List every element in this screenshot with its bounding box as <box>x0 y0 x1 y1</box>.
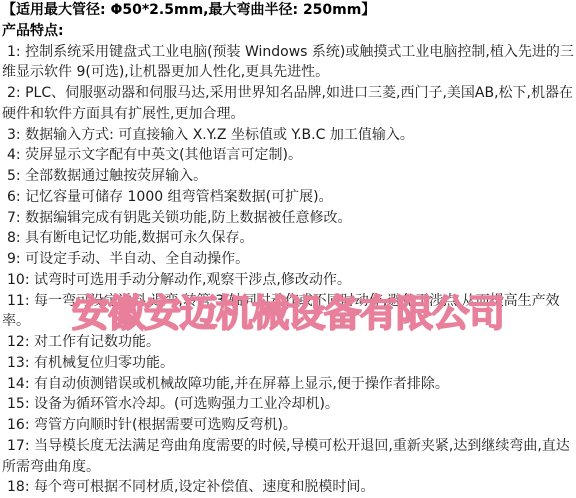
feature-item-10: 10: 试弯时可选用手动分解动作,观察干涉点,修改动作。 <box>2 270 576 291</box>
feature-item-18: 18: 每个弯可根据不同材质,设定补偿值、速度和脱模时间。 <box>2 477 576 498</box>
feature-item-9: 9: 可设定手动、半自动、全自动操作。 <box>2 249 576 270</box>
feature-item-14: 14: 有自动侦测错误或机械故障功能,并在屏幕上显示,便于操作者排除。 <box>2 374 576 395</box>
section-title: 产品特点: <box>2 21 576 42</box>
feature-item-3: 3: 数据输入方式: 可直接输入 X.Y.Z 坐标值或 Y.B.C 加工值输入。 <box>2 125 576 146</box>
feature-item-2: 2: PLC、伺服驱动器和伺服马达,采用世界知名品牌,如进口三菱,西门子,美国A… <box>2 83 576 125</box>
feature-item-7: 7: 数据编辑完成有钥匙关锁功能,防上数据被任意修改。 <box>2 208 576 229</box>
feature-list: 1: 控制系统采用键盘式工业电脑(预装 Windows 系统)或触摸式工业电脑控… <box>2 42 576 498</box>
product-description-page: 【适用最大管径: Φ50*2.5mm,最大弯曲半径: 250mm】 产品特点: … <box>0 0 576 498</box>
feature-item-4: 4: 荧屏显示文字配有中英文(其他语言可定制)。 <box>2 145 576 166</box>
feature-item-16: 16: 弯管方向顺时针(根据需要可选购反弯机)。 <box>2 415 576 436</box>
feature-item-1: 1: 控制系统采用键盘式工业电脑(预装 Windows 系统)或触摸式工业电脑控… <box>2 42 576 84</box>
feature-item-15: 15: 设备为循环管水冷却。(可选购强力工业冷却机)。 <box>2 394 576 415</box>
feature-item-6: 6: 记忆容量可储存 1000 组弯管档案数据(可扩展)。 <box>2 187 576 208</box>
feature-item-11: 11: 每一弯可设定送料,退弯,转管 3 轴同时动作或不同时动作,避免干涉点,从… <box>2 291 576 333</box>
feature-item-5: 5: 全部数据通过触按荧屏输入。 <box>2 166 576 187</box>
feature-item-8: 8: 具有断电记忆功能,数据可永久保存。 <box>2 228 576 249</box>
max-pipe-spec-line: 【适用最大管径: Φ50*2.5mm,最大弯曲半径: 250mm】 <box>2 0 576 21</box>
feature-item-17: 17: 当导模长度无法满足弯曲角度需要的时候,导模可松开退回,重新夹紧,达到继续… <box>2 436 576 478</box>
feature-item-12: 12: 对工作有记数功能。 <box>2 332 576 353</box>
feature-item-13: 13: 有机械复位归零功能。 <box>2 353 576 374</box>
